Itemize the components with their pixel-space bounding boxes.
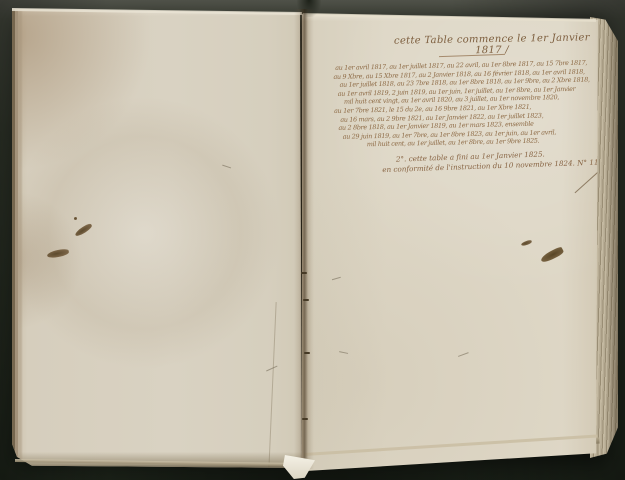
stitch-mark (304, 352, 310, 354)
left-page (10, 7, 302, 468)
crease-mark (339, 351, 348, 355)
deckle-edge (10, 7, 23, 468)
binding-gutter (294, 9, 314, 469)
ink-stain (539, 246, 564, 264)
ink-stain (47, 248, 70, 259)
crease-mark (458, 352, 469, 358)
stitch-mark (303, 299, 309, 301)
stitch-mark (301, 272, 307, 274)
handwritten-note: 2°. cette table a fini au 1er Janvier 18… (382, 147, 621, 175)
handwritten-body: au 1er avril 1817, au 1er juillet 1817, … (331, 58, 615, 150)
stitch-mark (302, 418, 308, 420)
fold-crease (268, 302, 276, 470)
crease-mark (222, 165, 231, 170)
ink-stain (74, 217, 77, 220)
right-page: cette Table commence le 1er Janvier 1817… (302, 12, 604, 474)
ink-stain (74, 222, 93, 237)
ink-stain (521, 239, 533, 246)
gutter-top-shadow (297, 0, 321, 17)
crease-mark (332, 277, 341, 281)
archival-scan: cette Table commence le 1er Janvier 1817… (0, 0, 625, 480)
